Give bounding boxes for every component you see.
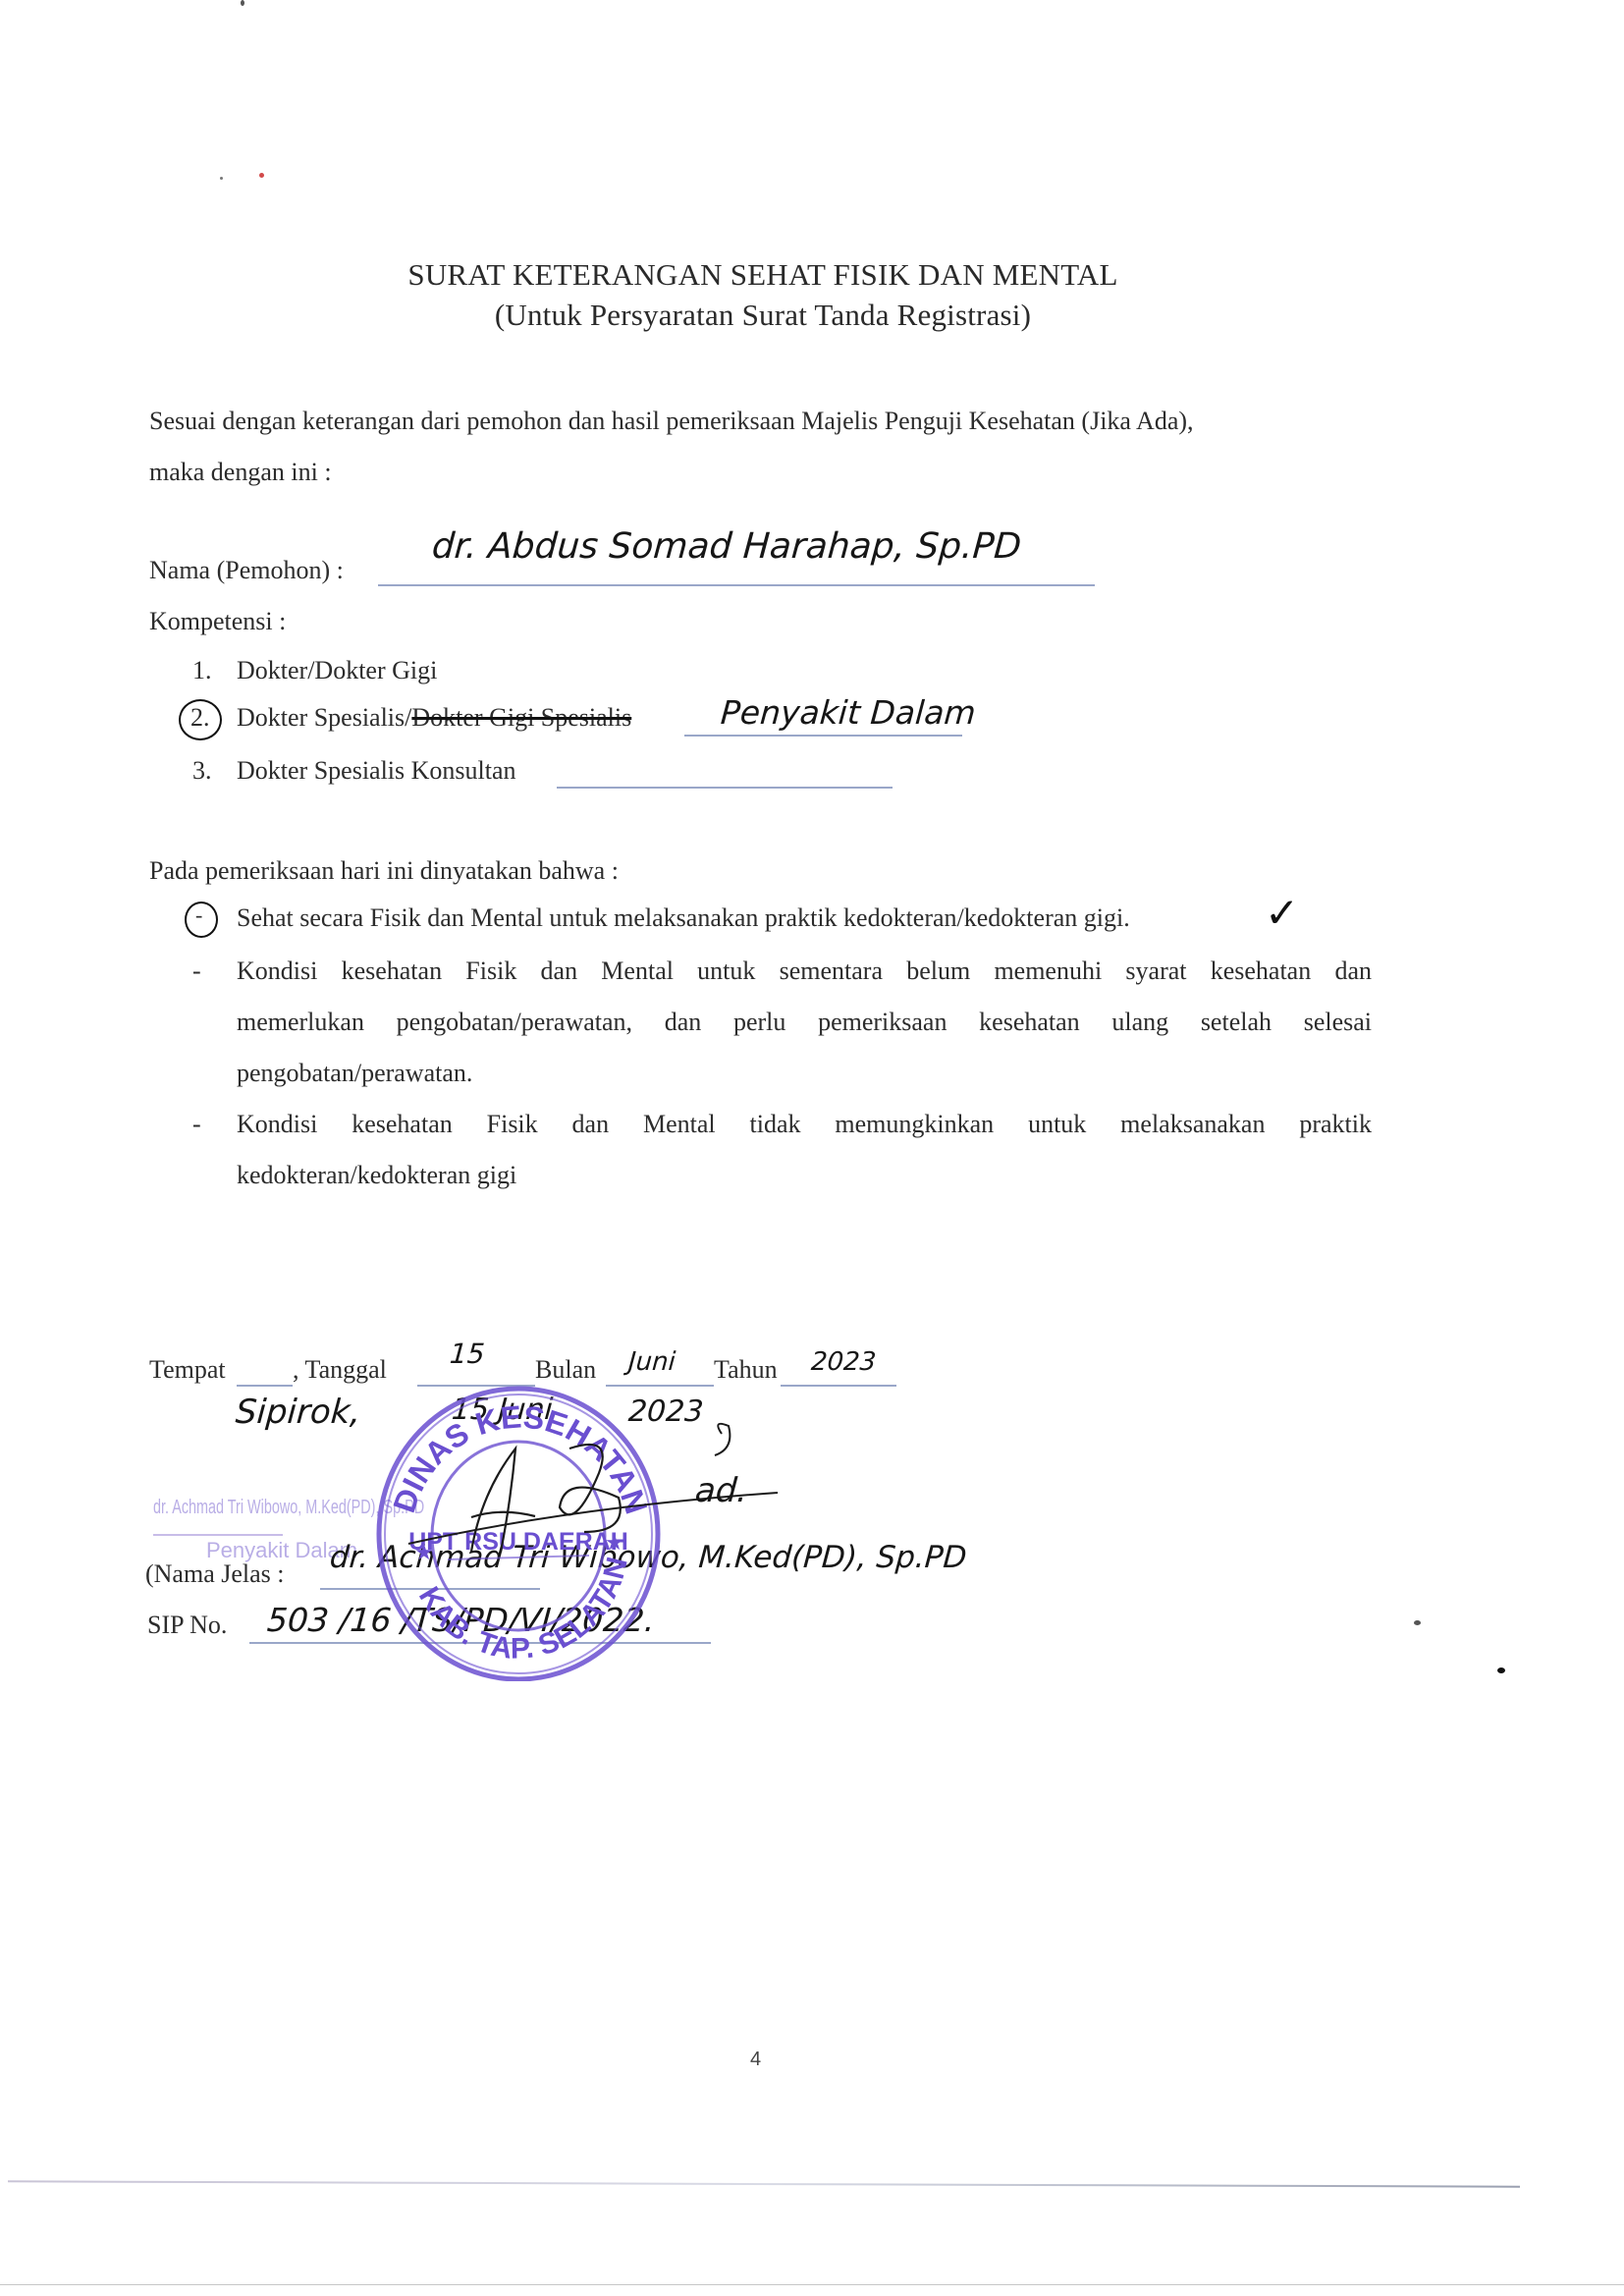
name-label: (Nama Jelas : — [145, 1559, 285, 1589]
intro-text-line2: maka dengan ini : — [149, 458, 332, 487]
specialty-line — [684, 735, 962, 737]
option-2-line-3[interactable]: pengobatan/perawatan. — [237, 1059, 472, 1088]
option-2-line-2[interactable]: memerlukan pengobatan/perawatan, dan per… — [237, 1008, 1372, 1037]
specialty-field[interactable]: Penyakit Dalam — [720, 693, 977, 732]
competence-item-2-number: 2. — [190, 703, 210, 733]
competence-item-2-text: Dokter Spesialis/ — [237, 703, 411, 732]
applicant-name-field[interactable]: dr. Abdus Somad Harahap, Sp.PD — [431, 526, 1023, 567]
document-title: SURAT KETERANGAN SEHAT FISIK DAN MENTAL — [0, 257, 1526, 293]
page-number: 4 — [750, 2049, 761, 2071]
intro-text-line1: Sesuai dengan keterangan dari pemohon da… — [149, 407, 1371, 436]
document-subtitle: (Untuk Persyaratan Surat Tanda Registras… — [0, 298, 1526, 333]
competence-item-3-number: 3. — [192, 756, 212, 786]
examination-label: Pada pemeriksaan hari ini dinyatakan bah… — [149, 856, 619, 886]
scan-speck — [259, 173, 264, 178]
year-label: Tahun — [714, 1355, 778, 1385]
option-2-bullet: - — [192, 957, 201, 986]
year-field[interactable]: 2023 — [810, 1347, 877, 1377]
competence-label: Kompetensi : — [149, 607, 286, 636]
option-1-bullet: - — [195, 902, 202, 928]
scan-speck — [1497, 1667, 1505, 1673]
applicant-label: Nama (Pemohon) : — [149, 556, 344, 585]
scan-speck — [1414, 1620, 1421, 1625]
sip-label: SIP No. — [147, 1611, 227, 1640]
competence-item-1-number: 1. — [192, 656, 212, 685]
option-3-line-2[interactable]: kedokteran/kedokteran gigi — [237, 1161, 516, 1190]
option-3-bullet: - — [192, 1110, 201, 1139]
scan-speck — [241, 0, 244, 6]
date-field[interactable]: 15 — [449, 1338, 486, 1370]
handwritten-place: Sipirok, — [235, 1393, 362, 1432]
scan-edge-line — [8, 2180, 1520, 2187]
competence-item-2[interactable]: Dokter Spesialis/Dokter Gigi Spesialis — [237, 703, 631, 733]
option-3-line-1[interactable]: Kondisi kesehatan Fisik dan Mental tidak… — [237, 1110, 1372, 1139]
place-label: Tempat — [149, 1355, 226, 1385]
initials: ad. — [694, 1471, 749, 1510]
competence-item-2-struck: Dokter Gigi Spesialis — [411, 703, 631, 732]
place-line — [237, 1385, 293, 1387]
competence-item-1[interactable]: Dokter/Dokter Gigi — [237, 656, 437, 685]
scan-edge-line — [0, 2284, 1624, 2285]
applicant-name-line — [378, 584, 1095, 586]
scan-speck — [220, 177, 223, 180]
competence-item-3[interactable]: Dokter Spesialis Konsultan — [237, 756, 516, 786]
option-1-text[interactable]: Sehat secara Fisik dan Mental untuk mela… — [237, 903, 1130, 933]
consultant-line — [557, 787, 893, 789]
year-line — [781, 1385, 896, 1387]
checkmark-icon: ✓ — [1265, 889, 1299, 937]
faint-name-stamp-line — [153, 1534, 283, 1536]
option-2-line-1[interactable]: Kondisi kesehatan Fisik dan Mental untuk… — [237, 957, 1372, 986]
